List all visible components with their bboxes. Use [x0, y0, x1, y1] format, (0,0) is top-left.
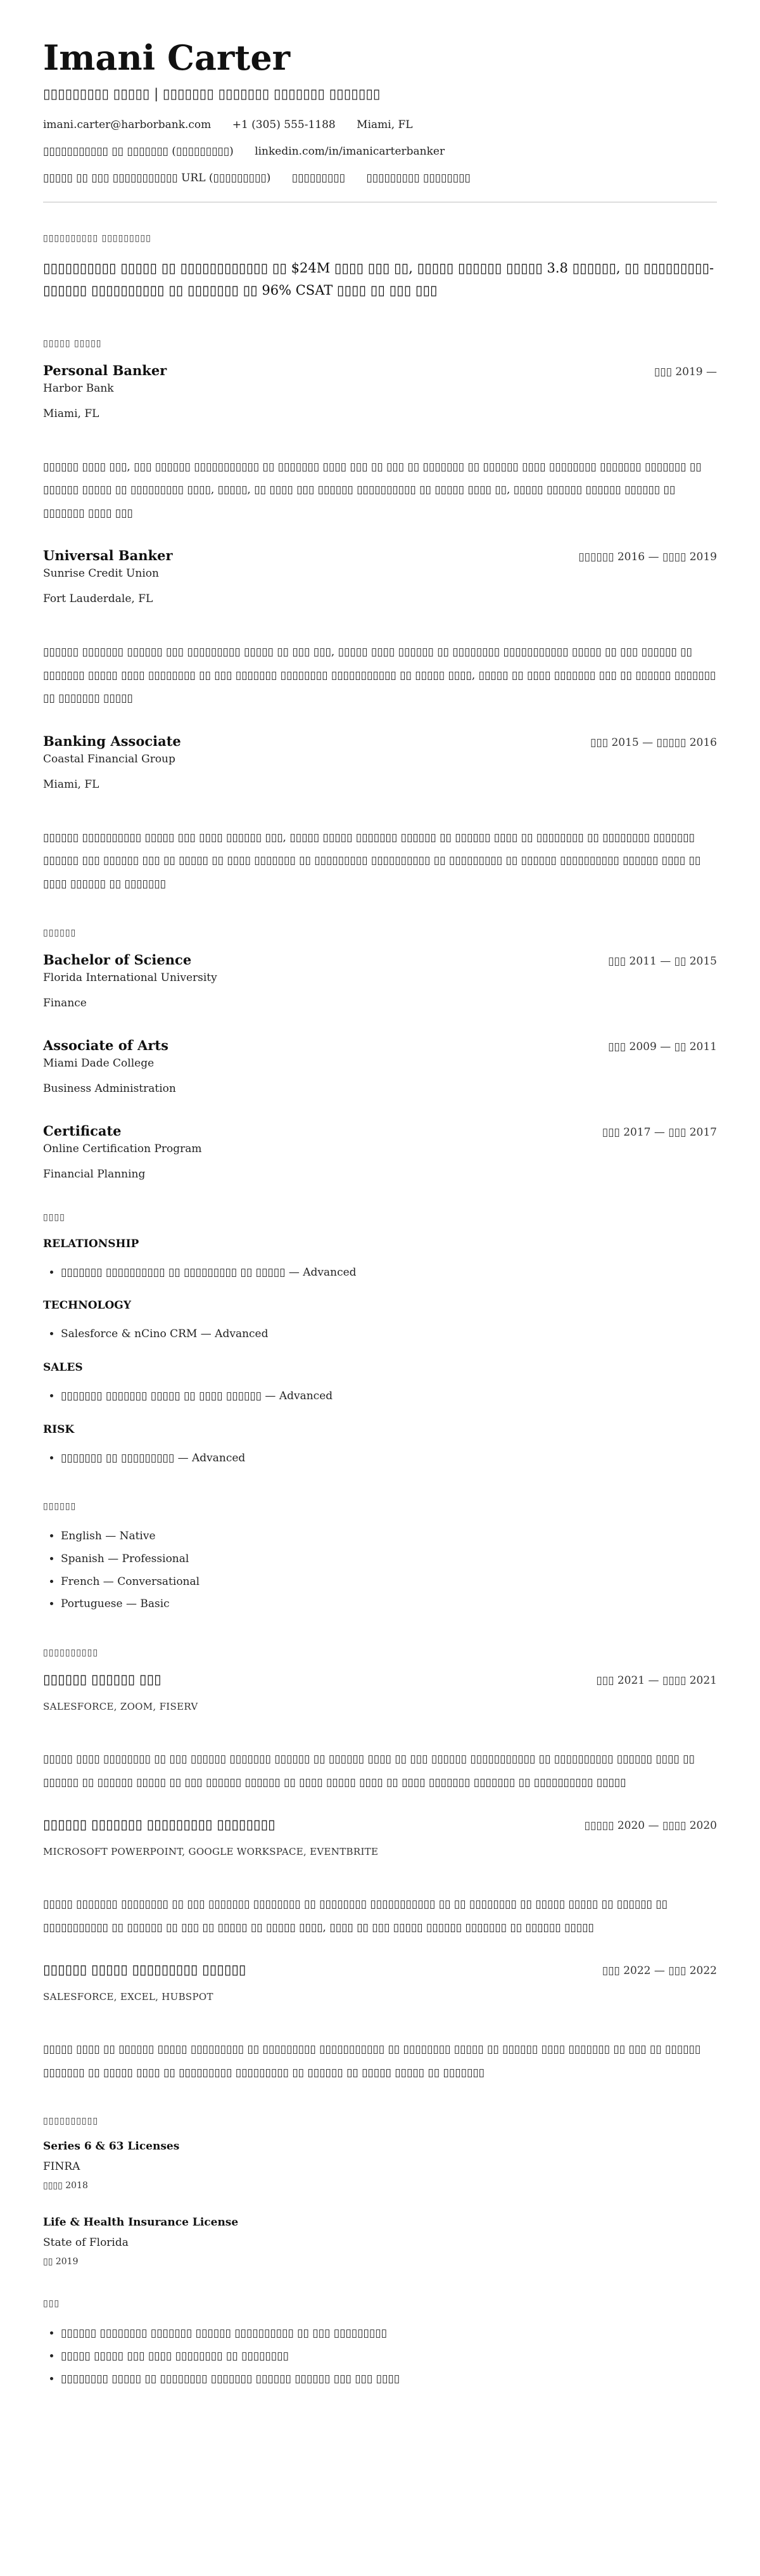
experience-section: ▯▯▯▯▯ ▯▯▯▯▯ Personal Banker▯▯▯ 2019 —Har… — [43, 338, 717, 896]
experience-entry: Banking Associate▯▯▯ 2015 — ▯▯▯▯▯ 2016Co… — [43, 733, 717, 896]
contact-info: imani.carter@harborbank.com +1 (305) 555… — [43, 118, 717, 185]
skill-item: ▯▯▯▯▯▯▯ ▯▯▯▯▯▯▯▯▯▯ ▯▯ ▯▯▯▯▯▯▯▯▯ ▯▯ ▯▯▯▯▯… — [61, 1262, 717, 1285]
company-name: Harbor Bank — [43, 382, 717, 395]
project-tech: SALESFORCE, EXCEL, HUBSPOT — [43, 1991, 717, 2002]
experience-entry: Universal Banker▯▯▯▯▯▯ 2016 — ▯▯▯▯ 2019S… — [43, 548, 717, 710]
language-item: English — Native — [61, 1525, 717, 1548]
contact-extra-1: ▯▯▯▯▯▯▯▯▯ — [292, 172, 345, 184]
date-range: ▯▯▯ 2021 — ▯▯▯▯ 2021 — [596, 1674, 717, 1687]
project-title: ▯▯▯▯▯▯ ▯▯▯▯▯▯ ▯▯▯ — [43, 1672, 161, 1687]
availability: ▯▯▯▯▯▯▯▯▯▯▯ ▯▯ ▯▯▯▯▯▯▯ (▯▯▯▯▯▯▯▯▯) — [43, 145, 234, 158]
entry-header: ▯▯▯▯▯▯ ▯▯▯▯▯ ▯▯▯▯▯▯▯▯▯ ▯▯▯▯▯▯▯▯▯ 2022 — … — [43, 1962, 717, 1977]
education-entry: Bachelor of Science▯▯▯ 2011 — ▯▯ 2015Flo… — [43, 952, 717, 1009]
other-section: ▯▯▯ ▯▯▯▯▯▯ ▯▯▯▯▯▯▯▯ ▯▯▯▯▯▯▯ ▯▯▯▯▯▯ ▯▯▯▯▯… — [43, 2298, 717, 2390]
job-description: ▯▯▯▯▯▯ ▯▯▯▯ ▯▯▯, ▯▯▯ ▯▯▯▯▯▯ ▯▯▯▯▯▯▯▯▯▯▯ … — [43, 456, 717, 525]
project-entry: ▯▯▯▯▯▯ ▯▯▯▯▯ ▯▯▯▯▯▯▯▯▯ ▯▯▯▯▯▯▯▯▯ 2022 — … — [43, 1962, 717, 2084]
job-description: ▯▯▯▯▯▯ ▯▯▯▯▯▯▯▯▯▯ ▯▯▯▯▯ ▯▯▯ ▯▯▯▯ ▯▯▯▯▯▯ … — [43, 826, 717, 896]
date-range: ▯▯▯▯▯ 2020 — ▯▯▯▯ 2020 — [585, 1819, 717, 1832]
linkedin-link[interactable]: linkedin.com/in/imanicarterbanker — [255, 145, 445, 158]
degree: Bachelor of Science — [43, 952, 191, 968]
entry-header: Banking Associate▯▯▯ 2015 — ▯▯▯▯▯ 2016 — [43, 733, 717, 749]
entry-header: Bachelor of Science▯▯▯ 2011 — ▯▯ 2015 — [43, 952, 717, 968]
entry-header: ▯▯▯▯▯▯ ▯▯▯▯▯▯▯ ▯▯▯▯▯▯▯▯▯ ▯▯▯▯▯▯▯▯▯▯▯▯▯ 2… — [43, 1817, 717, 1832]
other-item: ▯▯▯▯▯ ▯▯▯▯▯ ▯▯▯ ▯▯▯▯ ▯▯▯▯▯▯▯▯ ▯▯ ▯▯▯▯▯▯▯… — [61, 2345, 717, 2368]
skill-category: RELATIONSHIP — [43, 1238, 717, 1250]
phone-number[interactable]: +1 (305) 555-1188 — [232, 119, 336, 131]
skill-item: ▯▯▯▯▯▯▯ ▯▯▯▯▯▯▯ ▯▯▯▯▯ ▯▯ ▯▯▯▯ ▯▯▯▯▯▯ — A… — [61, 1385, 717, 1408]
school-name: Florida International University — [43, 971, 717, 984]
language-item: Portuguese — Basic — [61, 1593, 717, 1616]
project-tech: MICROSOFT POWERPOINT, GOOGLE WORKSPACE, … — [43, 1846, 717, 1857]
entry-header: Associate of Arts▯▯▯ 2009 — ▯▯ 2011 — [43, 1037, 717, 1053]
header-divider — [43, 202, 717, 203]
date-range: ▯▯▯ 2022 — ▯▯▯ 2022 — [602, 1964, 717, 1977]
section-label: ▯▯▯▯▯▯▯▯▯▯ ▯▯▯▯▯▯▯▯▯ — [43, 233, 717, 243]
summary-section: ▯▯▯▯▯▯▯▯▯▯ ▯▯▯▯▯▯▯▯▯ ▯▯▯▯▯▯▯▯▯▯ ▯▯▯▯▯ ▯▯… — [43, 233, 717, 301]
skill-category: TECHNOLOGY — [43, 1299, 717, 1312]
date-range: ▯▯▯ 2009 — ▯▯ 2011 — [608, 1041, 717, 1053]
project-title: ▯▯▯▯▯▯ ▯▯▯▯▯ ▯▯▯▯▯▯▯▯▯ ▯▯▯▯▯▯ — [43, 1962, 246, 1977]
candidate-name: Imani Carter — [43, 38, 717, 77]
job-description: ▯▯▯▯▯▯ ▯▯▯▯▯▯▯ ▯▯▯▯▯▯ ▯▯▯ ▯▯▯▯▯▯▯▯▯ ▯▯▯▯… — [43, 641, 717, 710]
job-title: Personal Banker — [43, 362, 167, 378]
company-name: Sunrise Credit Union — [43, 567, 717, 580]
portfolio-note: ▯▯▯▯▯ ▯▯ ▯▯▯ ▯▯▯▯▯▯▯▯▯▯▯ URL (▯▯▯▯▯▯▯▯▯) — [43, 172, 270, 184]
projects-section: ▯▯▯▯▯▯▯▯▯▯ ▯▯▯▯▯▯ ▯▯▯▯▯▯ ▯▯▯▯▯▯ 2021 — ▯… — [43, 1648, 717, 2084]
contact-extra-2: ▯▯▯▯▯▯▯▯▯ ▯▯▯▯▯▯▯▯ — [366, 172, 470, 184]
language-list: English — NativeSpanish — ProfessionalFr… — [43, 1525, 717, 1616]
summary-text: ▯▯▯▯▯▯▯▯▯▯ ▯▯▯▯▯ ▯▯ ▯▯▯▯▯▯▯▯▯▯▯▯ ▯▯ $24M… — [43, 257, 717, 301]
languages-section: ▯▯▯▯▯▯ English — NativeSpanish — Profess… — [43, 1501, 717, 1616]
project-title: ▯▯▯▯▯▯ ▯▯▯▯▯▯▯ ▯▯▯▯▯▯▯▯▯ ▯▯▯▯▯▯▯▯ — [43, 1817, 275, 1832]
job-title: Universal Banker — [43, 548, 173, 563]
skill-item: ▯▯▯▯▯▯▯ ▯▯ ▯▯▯▯▯▯▯▯▯ — Advanced — [61, 1447, 717, 1470]
project-description: ▯▯▯▯▯ ▯▯▯▯▯▯▯ ▯▯▯▯▯▯▯▯ ▯▯ ▯▯▯ ▯▯▯▯▯▯▯ ▯▯… — [43, 1893, 717, 1939]
entry-header: Personal Banker▯▯▯ 2019 — — [43, 362, 717, 378]
skill-list: Salesforce & nCino CRM — Advanced — [43, 1323, 717, 1346]
skill-item: Salesforce & nCino CRM — Advanced — [61, 1323, 717, 1346]
section-label: ▯▯▯▯ — [43, 1212, 717, 1222]
school-name: Online Certification Program — [43, 1143, 717, 1155]
certifications-section: ▯▯▯▯▯▯▯▯▯▯ Series 6 & 63 LicensesFINRA▯▯… — [43, 2116, 717, 2267]
skill-category: RISK — [43, 1423, 717, 1436]
date-range: ▯▯▯ 2019 — — [654, 366, 717, 378]
cert-date: ▯▯ 2019 — [43, 2257, 717, 2267]
experience-entry: Personal Banker▯▯▯ 2019 —Harbor BankMiam… — [43, 362, 717, 525]
job-location: Miami, FL — [43, 778, 717, 791]
education-entry: Associate of Arts▯▯▯ 2009 — ▯▯ 2011Miami… — [43, 1037, 717, 1095]
section-label: ▯▯▯ — [43, 2298, 717, 2309]
section-label: ▯▯▯▯▯ ▯▯▯▯▯ — [43, 338, 717, 349]
cert-title: Life & Health Insurance License — [43, 2216, 717, 2229]
cert-issuer: State of Florida — [43, 2236, 717, 2249]
date-range: ▯▯▯ 2011 — ▯▯ 2015 — [608, 955, 717, 968]
job-location: Fort Lauderdale, FL — [43, 593, 717, 605]
location: Miami, FL — [357, 119, 412, 131]
skill-list: ▯▯▯▯▯▯▯ ▯▯ ▯▯▯▯▯▯▯▯▯ — Advanced — [43, 1447, 717, 1470]
cert-issuer: FINRA — [43, 2160, 717, 2173]
section-label: ▯▯▯▯▯▯▯▯▯▯ — [43, 1648, 717, 1658]
field-of-study: Finance — [43, 997, 717, 1009]
other-item: ▯▯▯▯▯▯▯▯ ▯▯▯▯▯ ▯▯ ▯▯▯▯▯▯▯▯ ▯▯▯▯▯▯▯ ▯▯▯▯▯… — [61, 2368, 717, 2391]
skill-category: SALES — [43, 1361, 717, 1374]
field-of-study: Business Administration — [43, 1082, 717, 1095]
date-range: ▯▯▯▯▯▯ 2016 — ▯▯▯▯ 2019 — [578, 551, 717, 563]
project-entry: ▯▯▯▯▯▯ ▯▯▯▯▯▯ ▯▯▯▯▯▯ 2021 — ▯▯▯▯ 2021SAL… — [43, 1672, 717, 1794]
other-item: ▯▯▯▯▯▯ ▯▯▯▯▯▯▯▯ ▯▯▯▯▯▯▯ ▯▯▯▯▯▯ ▯▯▯▯▯▯▯▯▯… — [61, 2323, 717, 2345]
field-of-study: Financial Planning — [43, 1168, 717, 1181]
skills-section: ▯▯▯▯ RELATIONSHIP▯▯▯▯▯▯▯ ▯▯▯▯▯▯▯▯▯▯ ▯▯ ▯… — [43, 1212, 717, 1470]
section-label: ▯▯▯▯▯▯▯▯▯▯ — [43, 2116, 717, 2126]
email-link[interactable]: imani.carter@harborbank.com — [43, 119, 211, 131]
job-location: Miami, FL — [43, 407, 717, 420]
project-description: ▯▯▯▯▯ ▯▯▯▯ ▯▯ ▯▯▯▯▯▯ ▯▯▯▯▯ ▯▯▯▯▯▯▯▯▯ ▯▯ … — [43, 2038, 717, 2084]
certification-entry: Life & Health Insurance LicenseState of … — [43, 2216, 717, 2267]
entry-header: ▯▯▯▯▯▯ ▯▯▯▯▯▯ ▯▯▯▯▯▯ 2021 — ▯▯▯▯ 2021 — [43, 1672, 717, 1687]
entry-header: Universal Banker▯▯▯▯▯▯ 2016 — ▯▯▯▯ 2019 — [43, 548, 717, 563]
language-item: French — Conversational — [61, 1571, 717, 1594]
job-title: Banking Associate — [43, 733, 181, 749]
project-description: ▯▯▯▯▯ ▯▯▯▯ ▯▯▯▯▯▯▯▯ ▯▯ ▯▯▯ ▯▯▯▯▯▯ ▯▯▯▯▯▯… — [43, 1748, 717, 1794]
degree: Associate of Arts — [43, 1037, 168, 1053]
project-tech: SALESFORCE, ZOOM, FISERV — [43, 1701, 717, 1712]
skill-list: ▯▯▯▯▯▯▯ ▯▯▯▯▯▯▯▯▯▯ ▯▯ ▯▯▯▯▯▯▯▯▯ ▯▯ ▯▯▯▯▯… — [43, 1262, 717, 1285]
cert-date: ▯▯▯▯ 2018 — [43, 2181, 717, 2191]
degree: Certificate — [43, 1123, 122, 1139]
headline: ▯▯▯▯▯▯▯▯▯ ▯▯▯▯▯ | ▯▯▯▯▯▯▯ ▯▯▯▯▯▯▯ ▯▯▯▯▯▯… — [43, 86, 717, 101]
school-name: Miami Dade College — [43, 1057, 717, 1070]
project-entry: ▯▯▯▯▯▯ ▯▯▯▯▯▯▯ ▯▯▯▯▯▯▯▯▯ ▯▯▯▯▯▯▯▯▯▯▯▯▯ 2… — [43, 1817, 717, 1939]
cert-title: Series 6 & 63 Licenses — [43, 2140, 717, 2153]
date-range: ▯▯▯ 2015 — ▯▯▯▯▯ 2016 — [590, 736, 717, 749]
resume-header: Imani Carter ▯▯▯▯▯▯▯▯▯ ▯▯▯▯▯ | ▯▯▯▯▯▯▯ ▯… — [43, 38, 717, 185]
section-label: ▯▯▯▯▯▯ — [43, 928, 717, 938]
certification-entry: Series 6 & 63 LicensesFINRA▯▯▯▯ 2018 — [43, 2140, 717, 2191]
company-name: Coastal Financial Group — [43, 753, 717, 766]
language-item: Spanish — Professional — [61, 1548, 717, 1571]
education-section: ▯▯▯▯▯▯ Bachelor of Science▯▯▯ 2011 — ▯▯ … — [43, 928, 717, 1181]
other-list: ▯▯▯▯▯▯ ▯▯▯▯▯▯▯▯ ▯▯▯▯▯▯▯ ▯▯▯▯▯▯ ▯▯▯▯▯▯▯▯▯… — [43, 2323, 717, 2390]
date-range: ▯▯▯ 2017 — ▯▯▯ 2017 — [602, 1126, 717, 1139]
skill-list: ▯▯▯▯▯▯▯ ▯▯▯▯▯▯▯ ▯▯▯▯▯ ▯▯ ▯▯▯▯ ▯▯▯▯▯▯ — A… — [43, 1385, 717, 1408]
entry-header: Certificate▯▯▯ 2017 — ▯▯▯ 2017 — [43, 1123, 717, 1139]
section-label: ▯▯▯▯▯▯ — [43, 1501, 717, 1511]
education-entry: Certificate▯▯▯ 2017 — ▯▯▯ 2017Online Cer… — [43, 1123, 717, 1181]
resume-page: Imani Carter ▯▯▯▯▯▯▯▯▯ ▯▯▯▯▯ | ▯▯▯▯▯▯▯ ▯… — [0, 0, 760, 2460]
